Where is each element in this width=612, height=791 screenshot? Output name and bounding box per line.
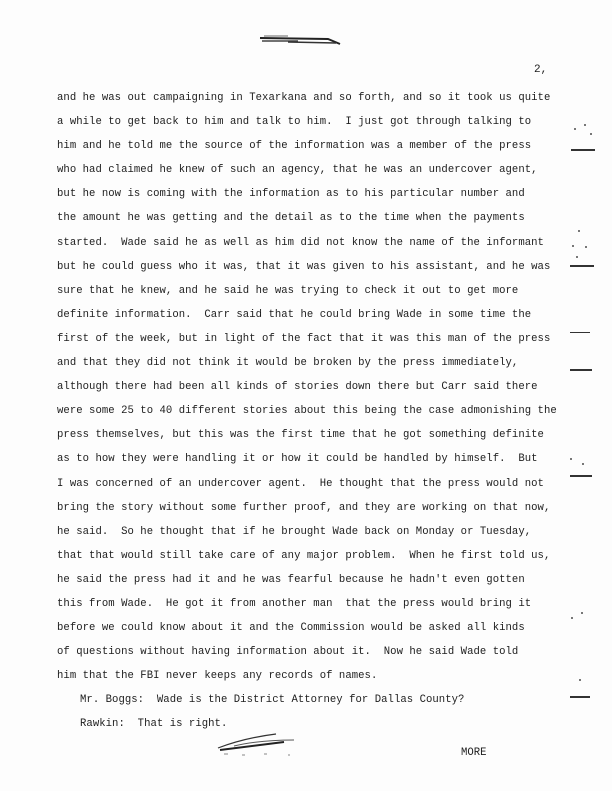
text-line: and he was out campaigning in Texarkana …: [57, 86, 557, 110]
text-line: him and he told me the source of the inf…: [57, 134, 557, 158]
text-line: that that would still take care of any m…: [57, 544, 557, 568]
text-line: who had claimed he knew of such an agenc…: [57, 158, 557, 182]
text-line: a while to get back to him and talk to h…: [57, 110, 557, 134]
dialogue-line: Mr. Boggs: Wade is the District Attorney…: [57, 688, 557, 712]
redaction-scribble-icon: [214, 728, 304, 760]
margin-mark: [571, 149, 595, 151]
text-line: the amount he was getting and the detail…: [57, 206, 557, 230]
text-line: first of the week, but in light of the f…: [57, 327, 557, 351]
margin-mark: [570, 332, 590, 333]
scan-speck: [570, 458, 572, 460]
text-line: and that they did not think it would be …: [57, 351, 557, 375]
text-line: but he now is coming with the informatio…: [57, 182, 557, 206]
scan-speck: [571, 617, 573, 619]
margin-mark: [570, 265, 594, 267]
margin-mark: [570, 369, 592, 371]
text-line: started. Wade said he as well as him did…: [57, 231, 557, 255]
scan-speck: [574, 128, 576, 130]
more-label: MORE: [461, 747, 486, 759]
redaction-scribble-icon: [258, 30, 342, 48]
text-line: sure that he knew, and he said he was tr…: [57, 279, 557, 303]
document-page: 2, and he was out campaigning in Texarka…: [0, 0, 612, 791]
margin-mark: [570, 475, 592, 477]
scan-speck: [579, 679, 581, 681]
text-line: were some 25 to 40 different stories abo…: [57, 399, 557, 423]
text-line: this from Wade. He got it from another m…: [57, 592, 557, 616]
scan-speck: [582, 463, 584, 465]
text-line: definite information. Carr said that he …: [57, 303, 557, 327]
text-line: of questions without having information …: [57, 640, 557, 664]
body-text: and he was out campaigning in Texarkana …: [57, 86, 557, 737]
scan-speck: [585, 246, 587, 248]
scan-speck: [590, 133, 592, 135]
page-number: 2,: [534, 64, 547, 76]
text-line: before we could know about it and the Co…: [57, 616, 557, 640]
text-line: I was concerned of an undercover agent. …: [57, 472, 557, 496]
dialogue-line: Rawkin: That is right.: [57, 712, 557, 736]
text-line: but he could guess who it was, that it w…: [57, 255, 557, 279]
scan-speck: [578, 230, 580, 232]
text-line: as to how they were handling it or how i…: [57, 447, 557, 471]
scan-speck: [581, 612, 583, 614]
scan-speck: [584, 124, 586, 126]
text-line: him that the FBI never keeps any records…: [57, 664, 557, 688]
text-line: he said the press had it and he was fear…: [57, 568, 557, 592]
margin-mark: [570, 696, 590, 698]
text-line: he said. So he thought that if he brough…: [57, 520, 557, 544]
text-line: press themselves, but this was the first…: [57, 423, 557, 447]
text-line: bring the story without some further pro…: [57, 496, 557, 520]
scan-speck: [576, 256, 578, 258]
text-line: although there had been all kinds of sto…: [57, 375, 557, 399]
scan-speck: [572, 245, 574, 247]
